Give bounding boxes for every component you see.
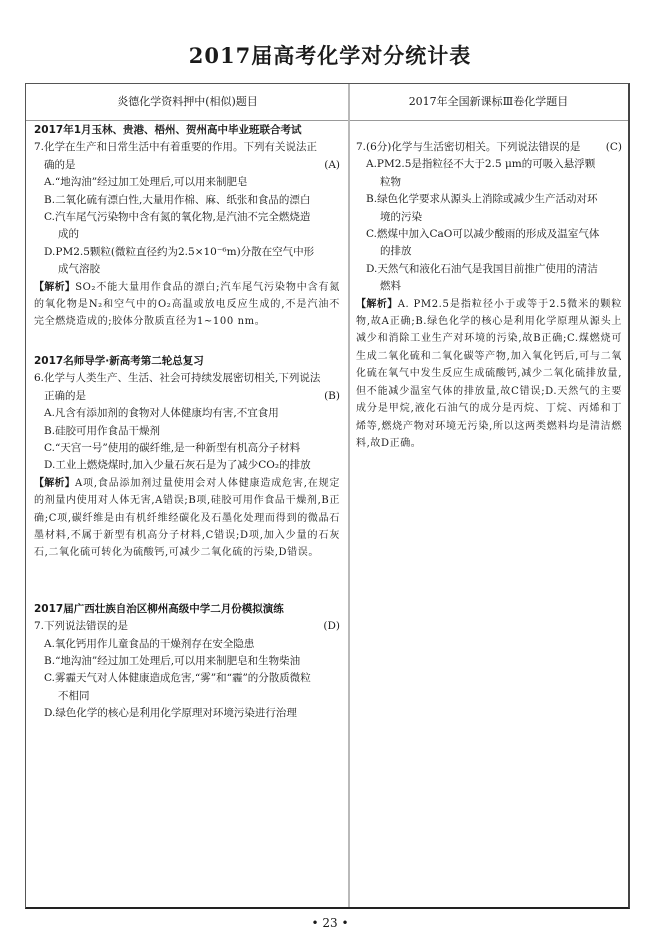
option-c: C.汽车尾气污染物中含有氮的氧化物,是汽油不完全燃烧造成的	[34, 209, 340, 244]
option-b: B.二氧化硫有漂白性,大量用作棉、麻、纸张和食品的漂白	[34, 192, 340, 209]
page-title: 2017届高考化学对分统计表	[0, 40, 660, 70]
option-d: D.工业上燃烧煤时,加入少量石灰石是为了减少CO₂的排放	[34, 457, 340, 474]
analysis-tag: 【解析】	[356, 299, 398, 310]
option-b: B.“地沟油”经过加工处理后,可以用来制肥皂和生物柴油	[34, 653, 340, 670]
analysis: 【解析】SO₂不能大量用作食品的漂白;汽车尾气污染物中含有氮的氧化物是N₂和空气…	[34, 279, 340, 331]
question-stem-cont: 正确的是	[44, 388, 86, 405]
option-a: A.氧化钙用作儿童食品的干燥剂存在安全隐患	[34, 636, 340, 653]
analysis: 【解析】A项,食品添加剂过量使用会对人体健康造成危害,在规定的剂量内使用对人体无…	[34, 475, 340, 562]
option-a: A.PM2.5是指粒径不大于2.5 μm的可吸入悬浮颗粒物	[356, 156, 622, 191]
option-d: D.PM2.5颗粒(微粒直径约为2.5×10⁻⁶m)分散在空气中形成气溶胶	[34, 244, 340, 279]
option-d: D.天然气和液化石油气是我国目前推广使用的清洁燃料	[356, 261, 622, 296]
left-column: 2017年1月玉林、贵港、梧州、贺州高中毕业班联合考试 7.化学在生产和日常生活…	[34, 122, 340, 723]
question-stem: 6.化学与人类生产、生活、社会可持续发展密切相关,下列说法	[34, 370, 340, 387]
option-c: C.雾霾天气对人体健康造成危害,“雾”和“霾”的分散质微粒不相同	[34, 670, 340, 705]
question-stem: 7.(6分)化学与生活密切相关。下列说法错误的是	[356, 139, 580, 156]
option-a: A.“地沟油”经过加工处理后,可以用来制肥皂	[34, 174, 340, 191]
option-a: A.凡含有添加剂的食物对人体健康均有害,不宜食用	[34, 405, 340, 422]
question-stem-cont: 确的是	[44, 157, 76, 174]
question-stem: 7.化学在生产和日常生活中有着重要的作用。下列有关说法正	[34, 139, 340, 156]
question-block: 2017年1月玉林、贵港、梧州、贺州高中毕业班联合考试 7.化学在生产和日常生活…	[34, 122, 340, 331]
answer-label: (C)	[606, 139, 622, 156]
question-source: 2017名师导学·新高考第二轮总复习	[34, 353, 340, 370]
option-b: B.绿色化学要求从源头上消除或减少生产活动对环境的污染	[356, 191, 622, 226]
option-b: B.硅胶可用作食品干燥剂	[34, 423, 340, 440]
page-number: • 23 •	[0, 916, 660, 930]
question-block: 2017名师导学·新高考第二轮总复习 6.化学与人类生产、生活、社会可持续发展密…	[34, 353, 340, 562]
right-column: 7.(6分)化学与生活密切相关。下列说法错误的是 (C) A.PM2.5是指粒径…	[356, 122, 622, 452]
option-c: C.燃煤中加入CaO可以减少酸雨的形成及温室气体的排放	[356, 226, 622, 261]
table-header: 炎德化学资料押中(相似)题目 2017年全国新课标Ⅲ卷化学题目	[26, 84, 628, 121]
question-block: 2017届广西壮族自治区柳州高级中学二月份模拟演练 7.下列说法错误的是 (D)…	[34, 601, 340, 723]
question-source: 2017届广西壮族自治区柳州高级中学二月份模拟演练	[34, 601, 340, 618]
column-divider	[348, 84, 350, 907]
option-d: D.绿色化学的核心是利用化学原理对环境污染进行治理	[34, 705, 340, 722]
option-c: C.“天宫一号”使用的碳纤维,是一种新型有机高分子材料	[34, 440, 340, 457]
analysis-tag: 【解析】	[34, 282, 75, 293]
answer-label: (A)	[324, 157, 340, 174]
question-source: 2017年1月玉林、贵港、梧州、贺州高中毕业班联合考试	[34, 122, 340, 139]
analysis-tag: 【解析】	[34, 478, 75, 489]
answer-label: (B)	[324, 388, 340, 405]
header-left: 炎德化学资料押中(相似)题目	[26, 84, 349, 120]
header-right: 2017年全国新课标Ⅲ卷化学题目	[349, 84, 628, 120]
answer-label: (D)	[323, 618, 340, 635]
analysis: 【解析】A. PM2.5是指粒径小于或等于2.5微米的颗粒物,故A正确;B.绿色…	[356, 296, 622, 453]
question-stem: 7.下列说法错误的是	[34, 618, 128, 635]
comparison-table: 炎德化学资料押中(相似)题目 2017年全国新课标Ⅲ卷化学题目 2017年1月玉…	[25, 83, 630, 909]
